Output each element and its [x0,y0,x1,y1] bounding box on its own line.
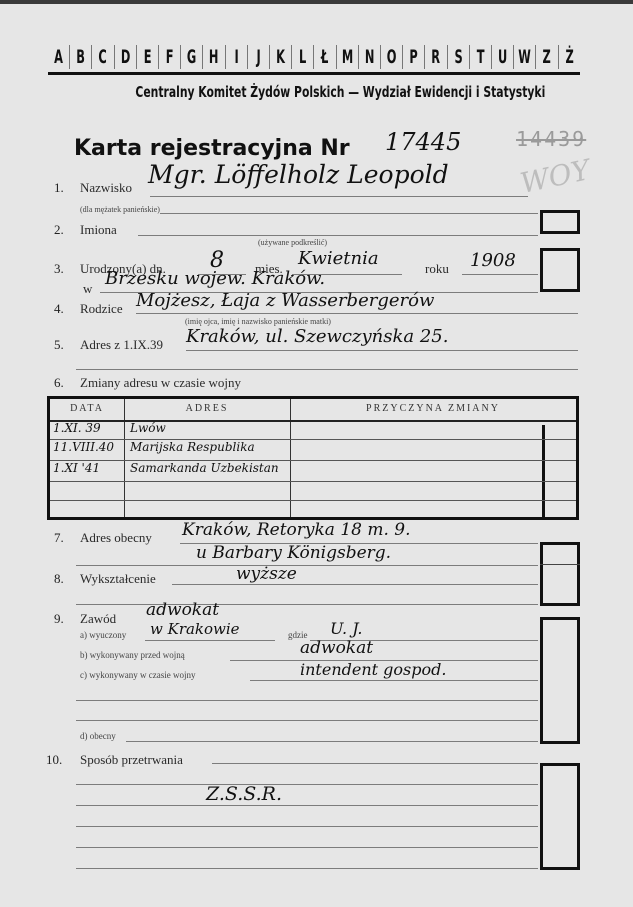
letter-separator [247,45,248,69]
alphabet-letter: C [97,42,110,72]
field-1-number: 1. [54,180,64,196]
field-3-box [540,248,580,292]
field-9a-where: U. J. [330,619,362,638]
field-9-line-extra2 [76,720,538,721]
alphabet-letter: K [274,42,287,72]
alphabet-index: ABCDEFGHIJKLŁMNOPRSTUWZŻ [48,42,580,75]
alphabet-letter: T [474,42,487,72]
cell-address: Samarkanda Uzbekistan [130,461,279,475]
field-9-label: Zawód [80,611,116,627]
letter-separator [513,45,514,69]
field-9b-label: b) wykonywany przed wojną [80,650,185,660]
field-3-year-label: roku [425,261,449,277]
card-title: Karta rejestracyjna Nr [74,136,350,161]
field-3-year: 1908 [470,250,516,271]
field-4-number: 4. [54,301,64,317]
letter-separator [558,45,559,69]
address-changes-table: DATA ADRES PRZYCZYNA ZMIANY 1.XI. 39Lwów… [47,396,579,520]
field-1-label: Nazwisko [80,180,132,196]
col-header-reason: PRZYCZYNA ZMIANY [290,399,576,419]
cell-date: 1.XI. 39 [53,421,101,435]
field-8-line [172,584,538,585]
field-5-line [186,350,578,351]
box-divider [540,564,580,565]
field-9-line-extra1 [76,700,538,701]
letter-separator [380,45,381,69]
field-9b-value: adwokat [300,638,373,658]
field-10-label: Sposób przetrwania [80,752,183,768]
field-2-line [138,235,538,236]
field-2-label: Imiona [80,222,117,238]
col-header-date: DATA [50,399,124,419]
row-line [50,420,576,422]
field-7-label: Adres obecny [80,530,152,546]
field-2-sublabel: (używane podkreślić) [258,238,327,247]
field-10-box [540,763,580,870]
field-3-month: Kwietnia [298,248,379,269]
field-3-number: 3. [54,261,64,277]
field-6-number: 6. [54,375,64,391]
field-10-line6 [76,868,538,869]
letter-separator [336,45,337,69]
field-9c-line [250,680,538,681]
field-9-value: adwokat [146,600,219,620]
alphabet-letter: B [74,42,87,72]
field-9c-label: c) wykonywany w czasie wojny [80,670,195,680]
alphabet-letter: R [430,42,443,72]
letter-separator [136,45,137,69]
letter-separator [491,45,492,69]
field-8-number: 8. [54,571,64,587]
letter-separator [313,45,314,69]
alphabet-letter: P [407,42,420,72]
field-10-value: Z.S.S.R. [206,783,282,805]
letter-separator [291,45,292,69]
alphabet-letter: J [252,42,265,72]
letter-separator [424,45,425,69]
field-3-place-label: w [83,281,92,297]
field-5-value: Kraków, ul. Szewczyńska 25. [186,326,448,347]
letter-separator [358,45,359,69]
alphabet-letter: M [341,42,354,72]
field-3-year-line [462,274,538,275]
card-number: 17445 [385,128,461,156]
alphabet-letter: N [363,42,376,72]
field-10-line3 [76,805,538,806]
letter-separator [402,45,403,69]
alphabet-letter: O [385,42,398,72]
row-line [50,481,576,482]
alphabet-letter: D [119,42,132,72]
alphabet-letter: G [185,42,198,72]
field-10-number: 10. [46,752,62,768]
field-5-line2 [76,369,578,370]
field-8-value: wyższe [236,564,297,584]
field-1-value: Mgr. Löffelholz Leopold [148,160,449,189]
field-9a-line [145,640,275,641]
field-8-label: Wykształcenie [80,571,156,587]
field-4-value: Mojżesz, Łaja z Wasserbergerów [136,290,434,311]
col-header-address: ADRES [124,399,290,419]
field-10-line5 [76,847,538,848]
field-7-value: Kraków, Retoryka 18 m. 9. [182,520,411,540]
cell-date: 1.XI '41 [53,461,100,475]
alphabet-letter: Ł [319,42,332,72]
field-4-sublabel: (imię ojca, imię i nazwisko panieńskie m… [185,317,331,326]
field-1-subline [160,213,538,214]
alphabet-letter: I [230,42,243,72]
stamp-number: 14439 [516,127,586,151]
field-4-label: Rodzice [80,301,123,317]
letter-separator [269,45,270,69]
letter-separator [114,45,115,69]
field-9a-value: w Krakowie [150,620,240,638]
letter-separator [225,45,226,69]
alphabet-letter: A [52,42,65,72]
field-10-line4 [76,826,538,827]
field-9a-label: a) wyuczony [80,630,126,640]
alphabet-letter: S [452,42,465,72]
cell-address: Marijska Respublika [130,440,255,454]
alphabet-letter: W [519,42,532,72]
field-6-label: Zmiany adresu w czasie wojny [80,375,241,391]
field-7-value2: u Barbary Königsberg. [196,543,391,563]
row-line [50,500,576,501]
cell-date: 11.VIII.40 [53,440,114,454]
letter-separator [202,45,203,69]
letter-separator [535,45,536,69]
letter-separator [180,45,181,69]
field-7-number: 7. [54,530,64,546]
field-3-place: Brzesku wojew. Kraków. [105,268,325,289]
field-1-2-box [540,210,580,234]
field-10-line [212,763,538,764]
field-1-line [150,196,528,197]
field-9d-line [126,741,538,742]
alphabet-letter: E [141,42,154,72]
field-2-number: 2. [54,222,64,238]
alphabet-letter: Ż [563,42,576,72]
letter-separator [91,45,92,69]
alphabet-letter: U [496,42,509,72]
field-10-line2 [76,784,538,785]
field-7-line2 [76,565,538,566]
alphabet-letter: F [163,42,176,72]
letter-separator [158,45,159,69]
field-9-number: 9. [54,611,64,627]
cell-address: Lwów [130,421,166,435]
field-5-label: Adres z 1.IX.39 [80,337,163,353]
field-1-sublabel: (dla mężatek panieńskie) [80,205,160,214]
alphabet-letter: Z [541,42,554,72]
field-9d-label: d) obecny [80,731,116,741]
alphabet-letter: H [208,42,221,72]
field-5-number: 5. [54,337,64,353]
field-4-line [136,313,578,314]
letter-separator [469,45,470,69]
organization-header: Centralny Komitet Żydów Polskich — Wydzi… [135,83,502,101]
field-9c-value: intendent gospod. [300,660,446,679]
field-7-8-box [540,542,580,606]
letter-separator [69,45,70,69]
alphabet-letter: L [296,42,309,72]
letter-separator [447,45,448,69]
row-line [50,439,576,440]
row-line [50,460,576,461]
field-9-box [540,617,580,744]
